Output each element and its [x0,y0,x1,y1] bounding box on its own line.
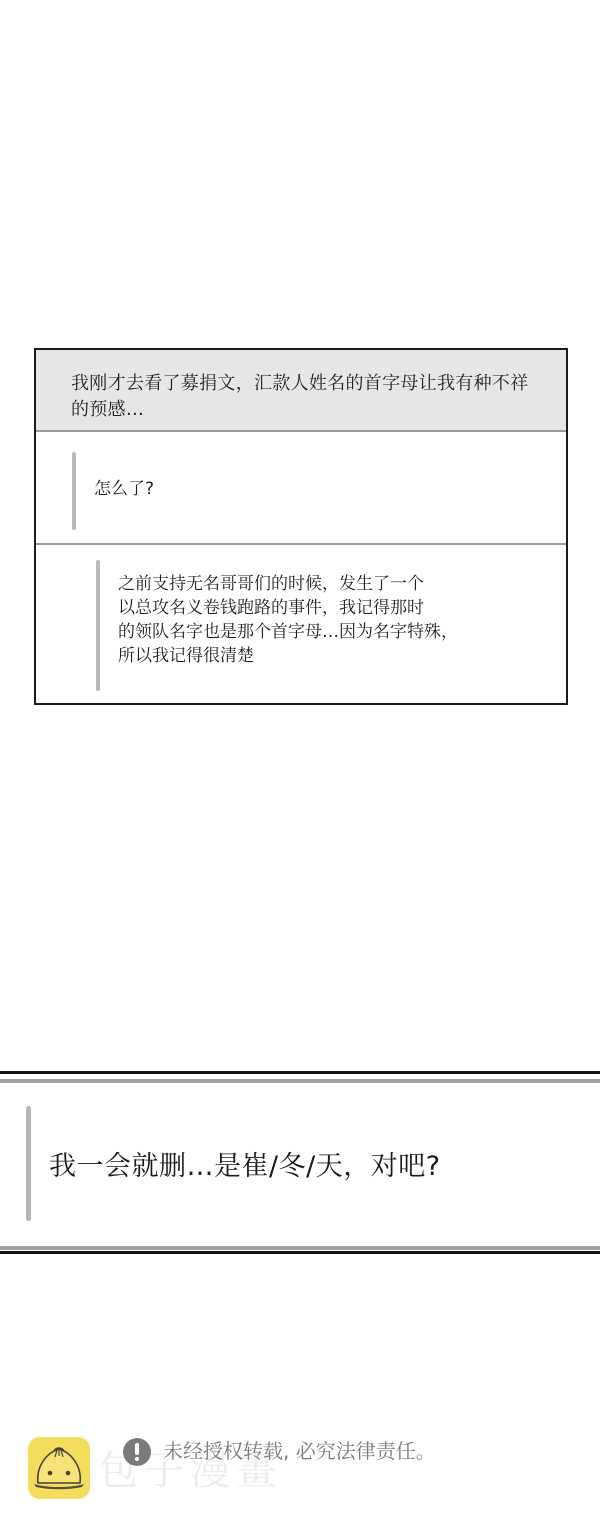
reply-comment-1: 怎么了? [36,432,566,545]
divider-line [0,1071,600,1074]
reply-comment-2: 之前支持无名哥哥们的时候，发生了一个 以总攻名义卷钱跑路的事件，我记得那时 的领… [36,545,566,703]
highlight-message: 我一会就删…是崔/冬/天，对吧? [49,1149,441,1185]
reply-2-line: 的领队名字也是那个首字母…因为名字特殊， [118,620,558,644]
chat-message-box: 我刚才去看了募捐文，汇款人姓名的首字母让我有种不祥的预感… 怎么了? 之前支持无… [34,348,568,705]
reply-indent-bar [72,452,76,530]
divider-line [0,1079,600,1083]
exclamation-circle-icon [123,1438,151,1466]
reply-2-line: 以总攻名义卷钱跑路的事件，我记得那时 [118,596,558,620]
reply-1-text: 怎么了? [94,477,154,501]
bun-mascot-icon [28,1437,90,1499]
highlight-indent-bar [26,1106,31,1221]
reply-indent-bar [96,560,100,691]
reply-2-line: 所以我记得很清楚 [118,644,558,668]
reply-2-line: 之前支持无名哥哥们的时候，发生了一个 [118,572,558,596]
original-post-text: 我刚才去看了募捐文，汇款人姓名的首字母让我有种不祥的预感… [71,371,541,423]
copyright-warning: 未经授权转载, 必究法律责任。 [163,1437,436,1465]
divider-line [0,1246,600,1250]
reply-2-text: 之前支持无名哥哥们的时候，发生了一个 以总攻名义卷钱跑路的事件，我记得那时 的领… [118,572,558,668]
divider-line [0,1251,600,1254]
original-post: 我刚才去看了募捐文，汇款人姓名的首字母让我有种不祥的预感… [36,350,566,432]
